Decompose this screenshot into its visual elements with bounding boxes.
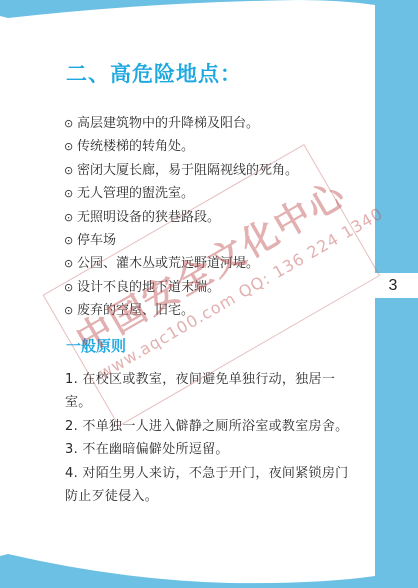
list-item: ⊙密闭大厦长廊，易于阻隔视线的死角。 bbox=[64, 159, 364, 182]
list-item: ⊙传统楼梯的转角处。 bbox=[64, 135, 364, 158]
high-risk-locations-list: ⊙高层建筑物中的升降梯及阳台。 ⊙传统楼梯的转角处。 ⊙密闭大厦长廊，易于阻隔视… bbox=[64, 112, 364, 323]
list-item: ⊙高层建筑物中的升降梯及阳台。 bbox=[64, 112, 364, 135]
principle-item: 2. 不单独一人进入僻静之厕所浴室或教室房舍。 bbox=[65, 415, 355, 438]
list-item: ⊙公园、灌木丛或荒远野道河堤。 bbox=[64, 252, 364, 275]
circled-dot-icon: ⊙ bbox=[64, 206, 77, 229]
section-heading-general-principles: 一般原则 bbox=[66, 335, 126, 356]
list-item: ⊙停车场 bbox=[64, 229, 364, 252]
top-wave-decoration bbox=[0, 0, 418, 24]
list-item: ⊙无照明设备的狭巷路段。 bbox=[64, 206, 364, 229]
list-item: ⊙无人管理的盥洗室。 bbox=[64, 182, 364, 205]
circled-dot-icon: ⊙ bbox=[64, 112, 77, 135]
page-number: 3 bbox=[375, 273, 411, 298]
page-title: 二、高危险地点： bbox=[66, 58, 242, 88]
circled-dot-icon: ⊙ bbox=[64, 276, 77, 299]
circled-dot-icon: ⊙ bbox=[64, 135, 77, 158]
general-principles-list: 1. 在校区或教室，夜间避免单独行动，独居一室。 2. 不单独一人进入僻静之厕所… bbox=[65, 368, 355, 508]
circled-dot-icon: ⊙ bbox=[64, 252, 77, 275]
principle-item: 4. 对陌生男人来访，不急于开门，夜间紧锁房门防止歹徒侵入。 bbox=[65, 462, 355, 509]
principle-item: 3. 不在幽暗偏僻处所逗留。 bbox=[65, 438, 355, 461]
list-item: ⊙设计不良的地下道末端。 bbox=[64, 276, 364, 299]
bottom-wave-decoration bbox=[0, 540, 418, 588]
list-item: ⊙废弃的空屋、旧宅。 bbox=[64, 299, 364, 322]
circled-dot-icon: ⊙ bbox=[64, 159, 77, 182]
circled-dot-icon: ⊙ bbox=[64, 229, 77, 252]
circled-dot-icon: ⊙ bbox=[64, 182, 77, 205]
principle-item: 1. 在校区或教室，夜间避免单独行动，独居一室。 bbox=[65, 368, 355, 415]
circled-dot-icon: ⊙ bbox=[64, 299, 77, 322]
